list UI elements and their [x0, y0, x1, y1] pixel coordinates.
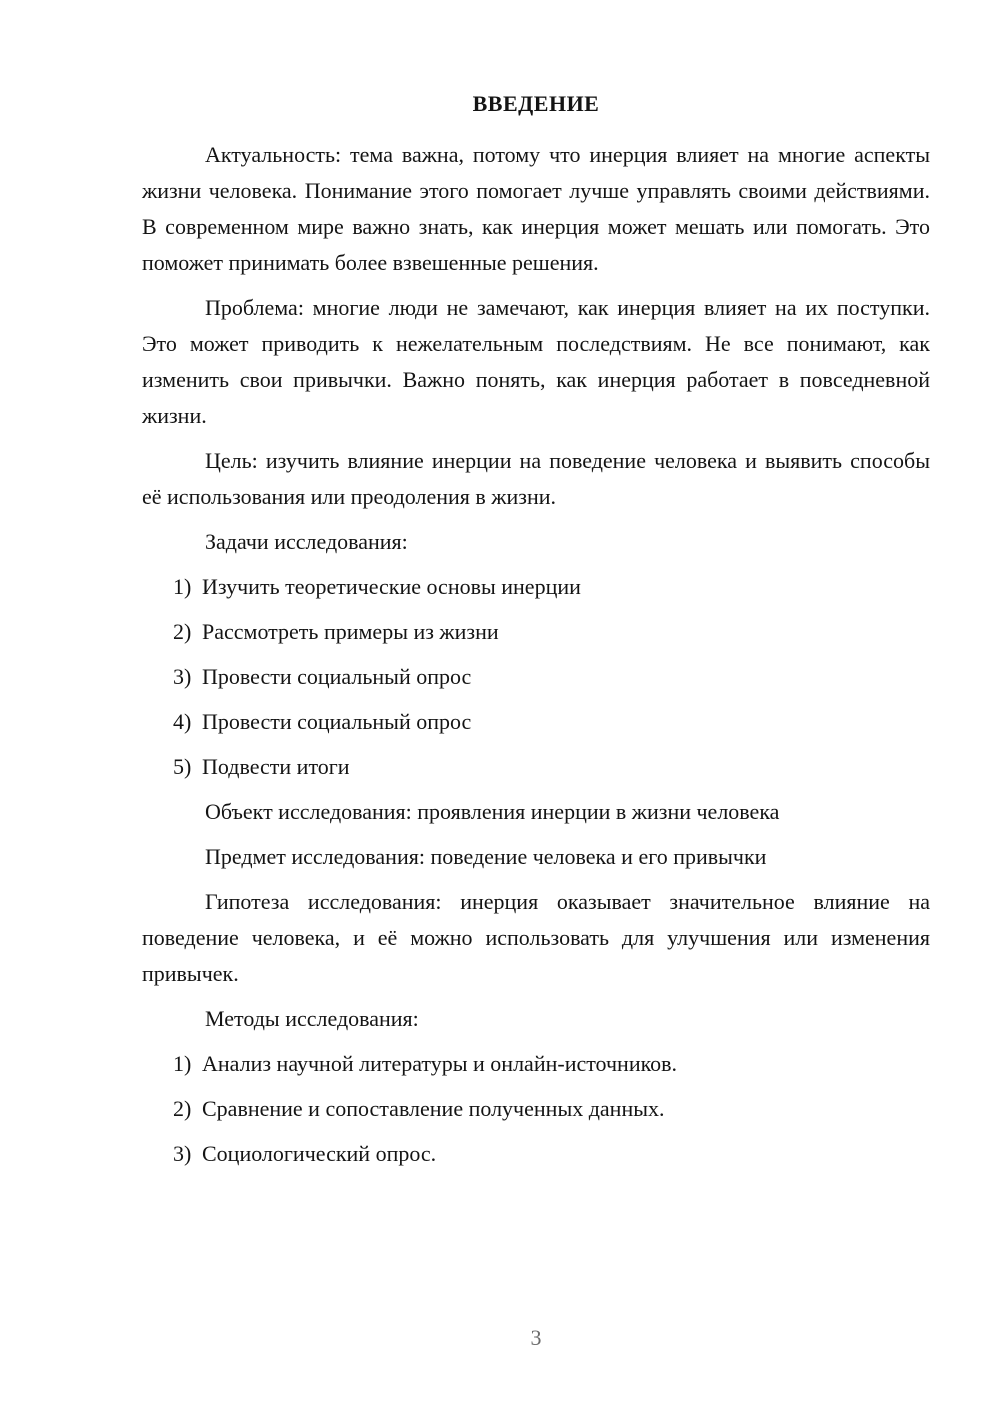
method-list-item: 2)Сравнение и сопоставление полученных д… — [173, 1091, 930, 1127]
list-item-text: Подвести итоги — [202, 754, 350, 779]
tasks-heading: Задачи исследования: — [142, 524, 930, 560]
task-list-item: 1)Изучить теоретические основы инерции — [173, 569, 930, 605]
list-item-text: Провести социальный опрос — [202, 709, 471, 734]
paragraph-obekt: Объект исследования: проявления инерции … — [142, 794, 930, 830]
list-item-marker: 1) — [173, 569, 202, 605]
task-list-item: 3)Провести социальный опрос — [173, 659, 930, 695]
paragraph-problema: Проблема: многие люди не замечают, как и… — [142, 290, 930, 434]
document-content: ВВЕДЕНИЕ Актуальность: тема важна, потом… — [142, 86, 930, 1181]
task-list-item: 4)Провести социальный опрос — [173, 704, 930, 740]
list-item-marker: 2) — [173, 614, 202, 650]
list-item-text: Изучить теоретические основы инерции — [202, 574, 581, 599]
paragraph-gipoteza: Гипотеза исследования: инерция оказывает… — [142, 884, 930, 992]
list-item-marker: 2) — [173, 1091, 202, 1127]
list-item-text: Провести социальный опрос — [202, 664, 471, 689]
paragraph-aktualnost: Актуальность: тема важна, потому что ине… — [142, 137, 930, 281]
method-list-item: 3)Социологический опрос. — [173, 1136, 930, 1172]
list-item-marker: 5) — [173, 749, 202, 785]
list-item-text: Анализ научной литературы и онлайн-источ… — [202, 1051, 677, 1076]
list-item-text: Рассмотреть примеры из жизни — [202, 619, 499, 644]
list-item-marker: 1) — [173, 1046, 202, 1082]
paragraph-tsel: Цель: изучить влияние инерции на поведен… — [142, 443, 930, 515]
paragraph-predmet: Предмет исследования: поведение человека… — [142, 839, 930, 875]
list-item-marker: 3) — [173, 659, 202, 695]
page-number: 3 — [142, 1320, 930, 1356]
list-item-text: Сравнение и сопоставление полученных дан… — [202, 1096, 665, 1121]
method-list-item: 1)Анализ научной литературы и онлайн-ист… — [173, 1046, 930, 1082]
list-item-marker: 4) — [173, 704, 202, 740]
list-item-text: Социологический опрос. — [202, 1141, 436, 1166]
task-list-item: 5)Подвести итоги — [173, 749, 930, 785]
methods-heading: Методы исследования: — [142, 1001, 930, 1037]
task-list-item: 2)Рассмотреть примеры из жизни — [173, 614, 930, 650]
page-title: ВВЕДЕНИЕ — [142, 86, 930, 122]
document-page: ВВЕДЕНИЕ Актуальность: тема важна, потом… — [0, 0, 1000, 1414]
list-item-marker: 3) — [173, 1136, 202, 1172]
